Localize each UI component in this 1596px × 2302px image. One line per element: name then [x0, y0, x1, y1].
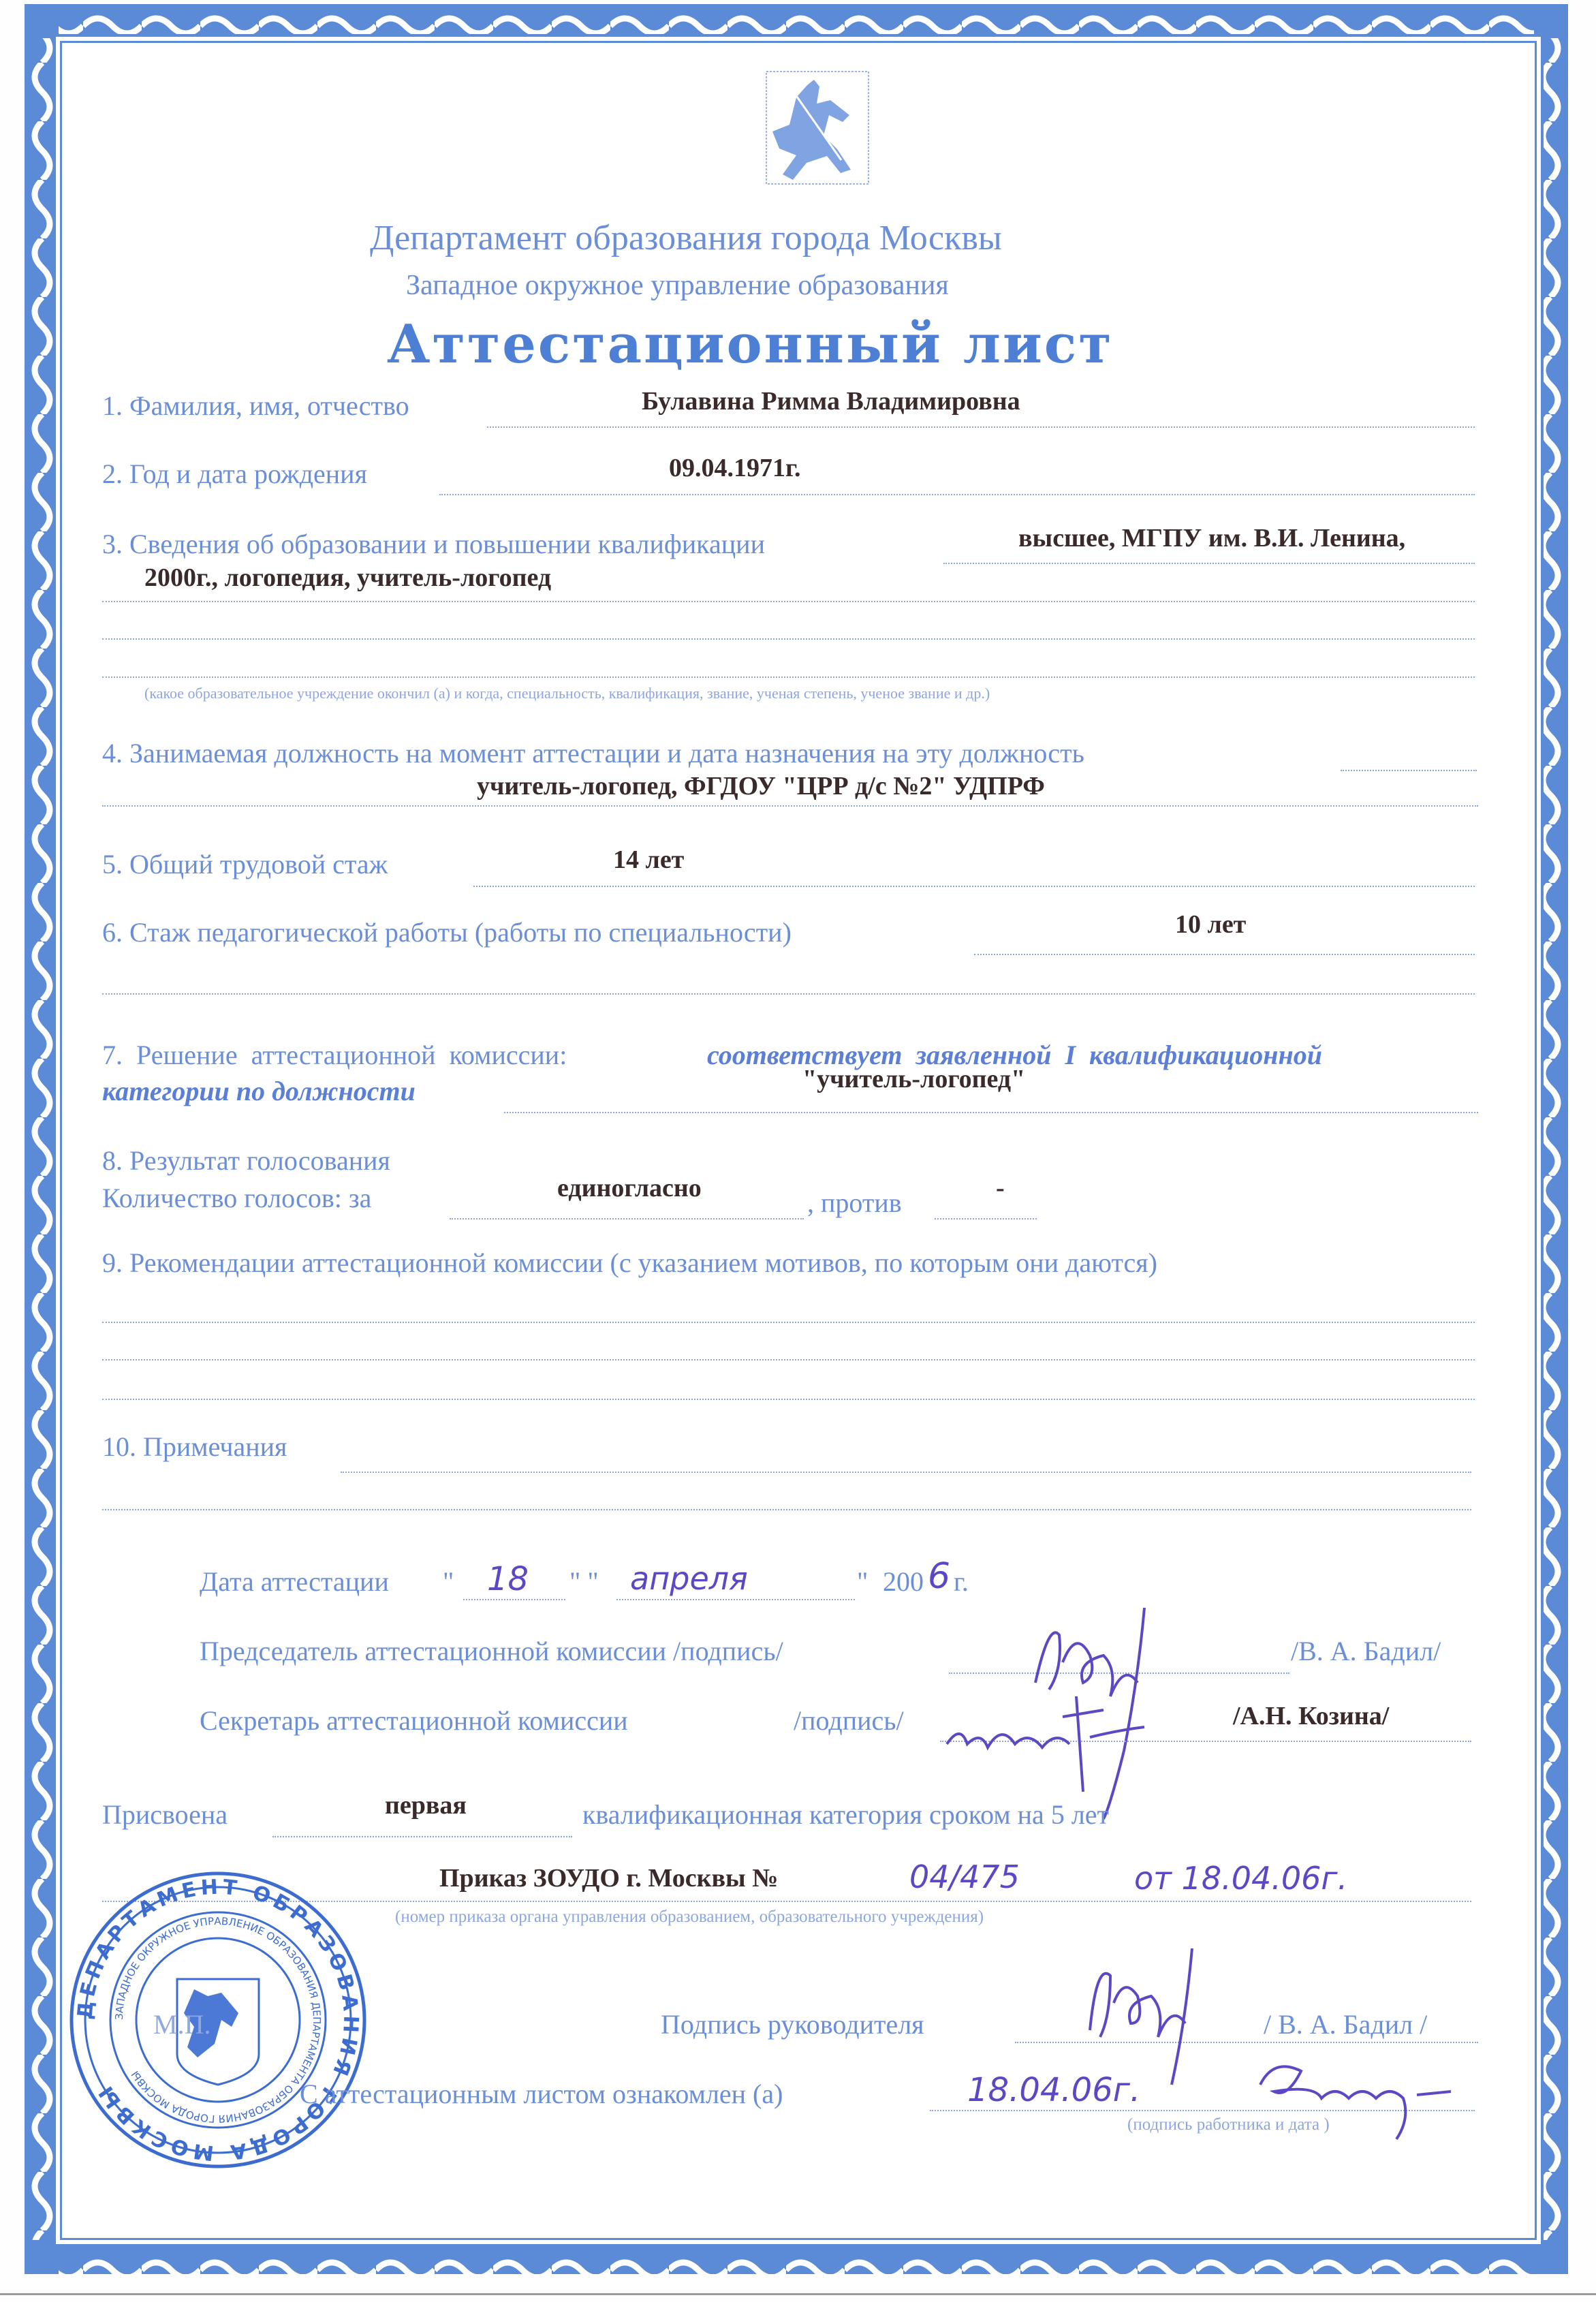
- field-10-line-1: [341, 1472, 1471, 1473]
- order-date-value[interactable]: от 18.04.06г.: [1134, 1860, 1347, 1897]
- chairman-label: Председатель аттестационной комиссии /по…: [200, 1635, 783, 1667]
- votes-for-line: [450, 1218, 804, 1219]
- attestation-sheet: Департамент образования города Москвы За…: [0, 0, 1596, 2302]
- field-5-label: 5. Общий трудовой стаж: [102, 848, 388, 880]
- month-line: [616, 1599, 855, 1600]
- field-2-label: 2. Год и дата рождения: [102, 458, 367, 490]
- attestation-day-value[interactable]: 18: [487, 1560, 529, 1598]
- quote-close-day: " ": [569, 1566, 599, 1598]
- birth-date-value[interactable]: 09.04.1971г.: [669, 453, 800, 483]
- field-2-line: [439, 494, 1475, 495]
- position-value[interactable]: учитель-логопед, ФГДОУ "ЦРР д/с №2" УДПР…: [477, 771, 1045, 801]
- field-4-label: 4. Занимаемая должность на момент аттест…: [102, 737, 1084, 769]
- year-unit: г.: [954, 1566, 969, 1598]
- secretary-name: /А.Н. Козина/: [1233, 1701, 1389, 1731]
- field-9-line-2: [102, 1359, 1475, 1360]
- field-3-line-3: [102, 638, 1475, 640]
- attestation-year-suffix[interactable]: 6: [928, 1556, 950, 1597]
- decision-line-2: категории по должности: [102, 1075, 416, 1107]
- quote-close-month: ": [857, 1566, 868, 1598]
- district-name: Западное окружное управление образования: [406, 269, 949, 302]
- field-8-label: 8. Результат голосования: [102, 1145, 390, 1177]
- full-name-value[interactable]: Булавина Римма Владимировна: [642, 386, 1020, 416]
- chairman-name: /В. А. Бадил/: [1291, 1635, 1441, 1667]
- education-hint: (какое образовательное учреждение окончи…: [144, 685, 990, 702]
- year-prefix: 200: [883, 1566, 924, 1598]
- acquainted-label: С аттестационным листом ознакомлен (а): [300, 2078, 783, 2110]
- head-signature-label: Подпись руководителя: [661, 2008, 924, 2040]
- day-line: [463, 1599, 565, 1600]
- field-7-label: 7. Решение аттестационной комиссии:: [102, 1039, 567, 1071]
- attestation-month-value[interactable]: апреля: [630, 1560, 748, 1597]
- votes-label: Количество голосов: за: [102, 1182, 371, 1214]
- votes-against-line: [935, 1218, 1037, 1219]
- field-6-line-2: [102, 993, 1475, 995]
- field-7-line: [504, 1112, 1478, 1113]
- field-6-label: 6. Стаж педагогической работы (работы по…: [102, 916, 792, 948]
- order-label: Приказ ЗОУДО г. Москвы №: [439, 1863, 778, 1893]
- field-1-label: 1. Фамилия, имя, отчество: [102, 390, 409, 422]
- field-3-line-2: [102, 601, 1475, 602]
- category-value[interactable]: первая: [385, 1790, 467, 1820]
- head-name: / В. А. Бадил /: [1264, 2008, 1427, 2040]
- votes-for-value[interactable]: единогласно: [557, 1173, 702, 1203]
- decision-position-value[interactable]: "учитель-логопед": [802, 1064, 1025, 1094]
- order-hint: (номер приказа органа управления образов…: [395, 1908, 984, 1927]
- acquainted-date-value[interactable]: 18.04.06г.: [967, 2071, 1140, 2109]
- assigned-label: Присвоена: [102, 1799, 228, 1831]
- secretary-signature[interactable]: [940, 1683, 1185, 1799]
- secretary-sign-label: /подпись/: [794, 1705, 904, 1737]
- scan-edge: [0, 2293, 1596, 2295]
- field-3-line-4: [102, 676, 1475, 678]
- acquainted-hint: (подпись работника и дата ): [1127, 2115, 1330, 2134]
- quote-open-day: ": [443, 1566, 454, 1598]
- order-number-value[interactable]: 04/475: [909, 1858, 1020, 1895]
- field-9-line-3: [102, 1399, 1475, 1400]
- total-experience-value[interactable]: 14 лет: [613, 845, 684, 875]
- against-label: , против: [807, 1187, 902, 1219]
- attestation-date-label: Дата аттестации: [200, 1566, 389, 1598]
- document-title: Аттестационный лист: [387, 313, 1114, 375]
- teaching-experience-value[interactable]: 10 лет: [1175, 909, 1246, 939]
- secretary-label: Секретарь аттестационной комиссии: [200, 1705, 628, 1737]
- education-value-line-1[interactable]: высшее, МГПУ им. В.И. Ленина,: [1018, 523, 1405, 553]
- field-3-label: 3. Сведения об образовании и повышении к…: [102, 528, 765, 560]
- category-suffix: квалификационная категория сроком на 5 л…: [582, 1799, 1109, 1831]
- moscow-coat-of-arms-icon: [753, 65, 882, 191]
- field-9-line-1: [102, 1322, 1475, 1323]
- field-1-line: [487, 426, 1475, 428]
- field-4-line-2: [102, 805, 1478, 807]
- field-5-line: [473, 886, 1475, 887]
- field-3-line-1: [943, 563, 1475, 564]
- official-seal-icon: ДЕПАРТАМЕНТ ОБРАЗОВАНИЯ ГОРОДА МОСКВЫ ЗА…: [68, 1870, 368, 2170]
- field-6-line-1: [974, 954, 1475, 955]
- votes-against-value[interactable]: -: [996, 1173, 1005, 1203]
- stamp-mark: М.П.: [153, 2008, 210, 2040]
- category-line: [272, 1836, 572, 1837]
- field-9-label: 9. Рекомендации аттестационной комиссии …: [102, 1247, 1157, 1279]
- field-4-line-1: [1341, 770, 1477, 771]
- department-name: Департамент образования города Москвы: [370, 218, 1002, 258]
- education-value-line-2[interactable]: 2000г., логопедия, учитель-логопед: [144, 563, 551, 593]
- field-10-label: 10. Примечания: [102, 1431, 287, 1463]
- field-10-line-2: [102, 1509, 1471, 1510]
